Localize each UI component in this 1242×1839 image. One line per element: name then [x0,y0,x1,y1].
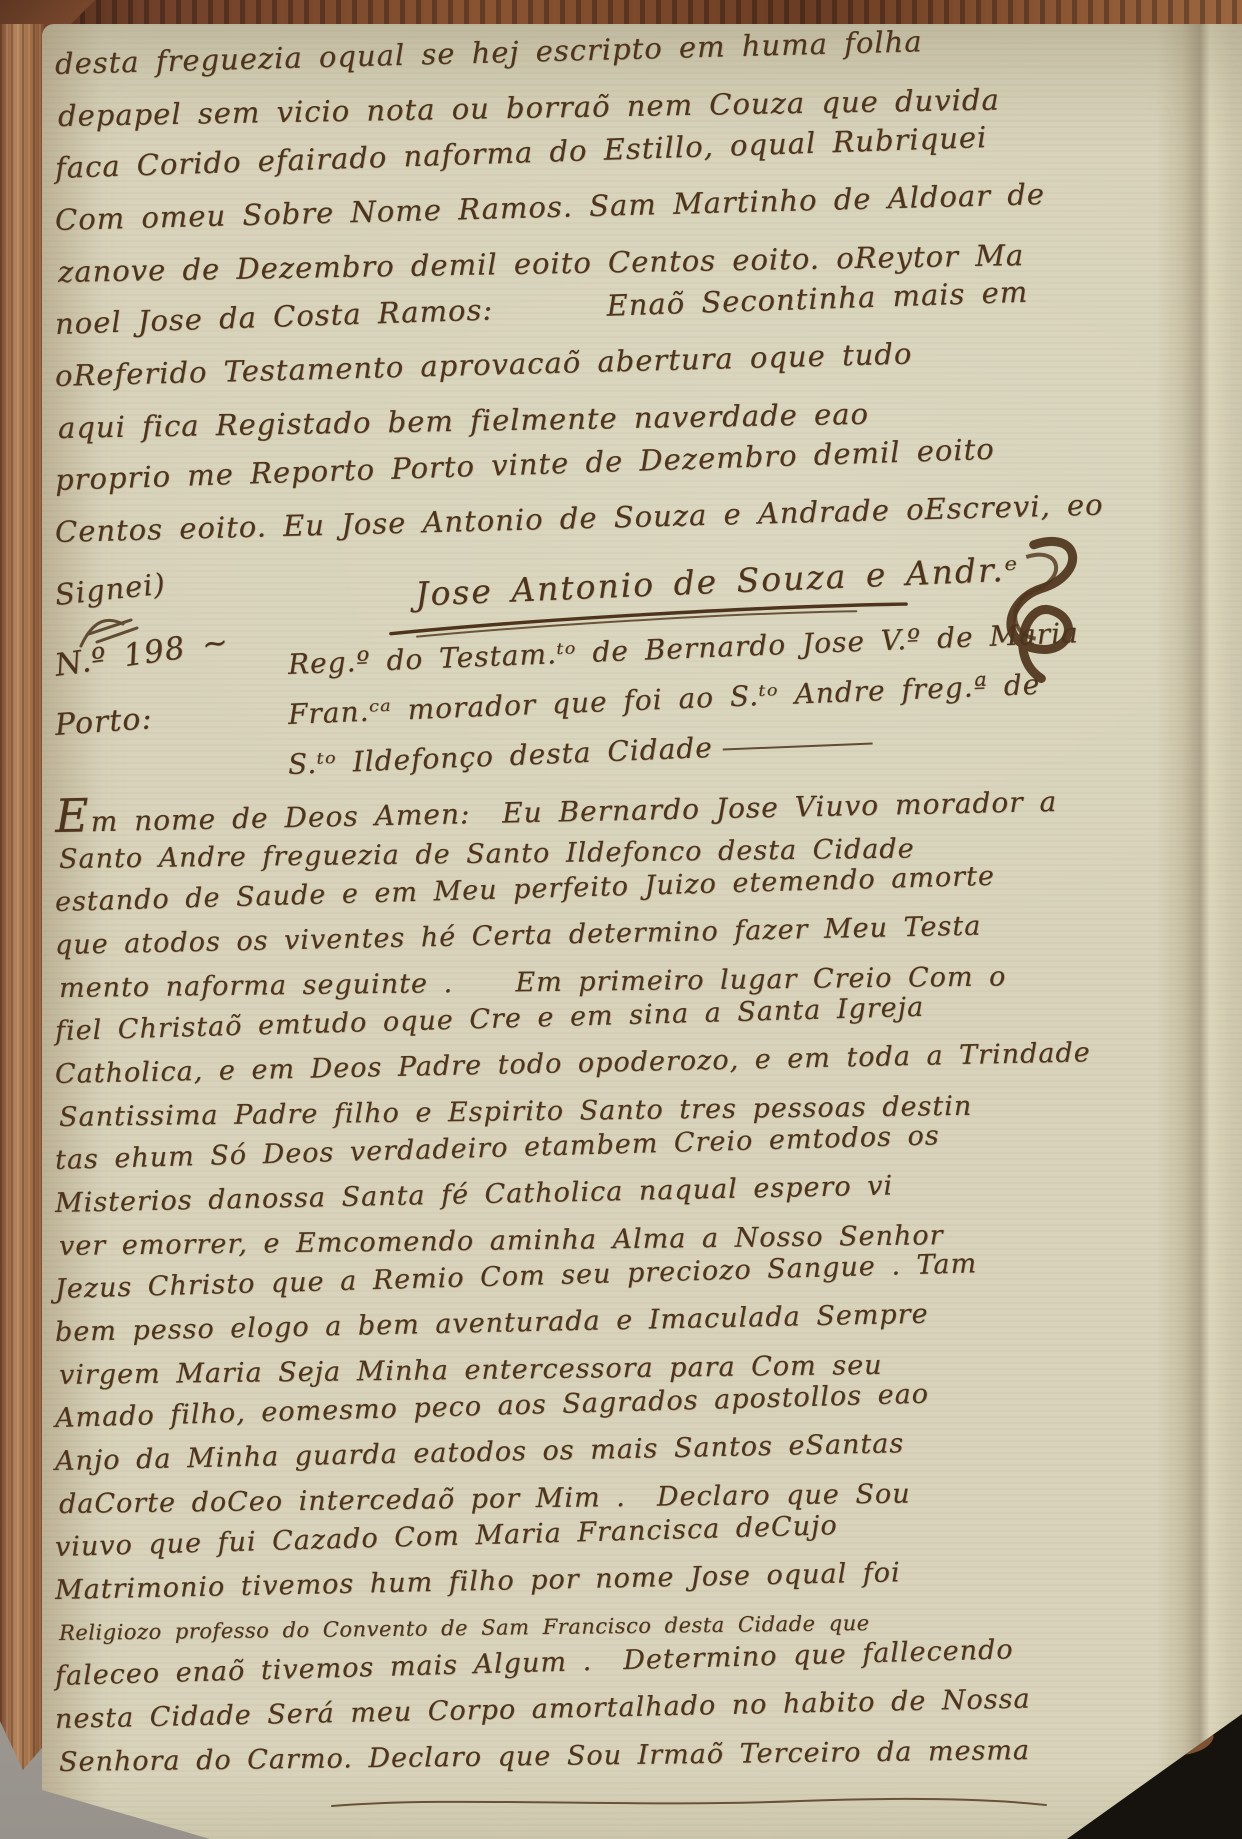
register-place: Porto: [54,696,231,743]
heading-rule [723,742,873,750]
book-left-page-edges [0,24,44,1770]
heading-line-text: S.ᵗᵒ Ildefonço desta Cidade [287,731,713,781]
testament-body-section: Em nome de Deos Amen: Eu Bernardo Jose V… [55,795,1205,1784]
heading-lines: Reg.º do Testam.ᵗᵒ de Bernardo Jose V.º … [288,640,1108,790]
closing-record-section: desta freguezia oqual se hej escripto em… [55,38,1195,558]
signei-label: Signei) [53,566,167,611]
bottom-flourish-rule [330,1792,1050,1814]
manuscript-photograph: desta freguezia oqual se hej escripto em… [0,0,1242,1839]
margin-annotations: N.º 198 ~ Porto: [55,648,230,743]
